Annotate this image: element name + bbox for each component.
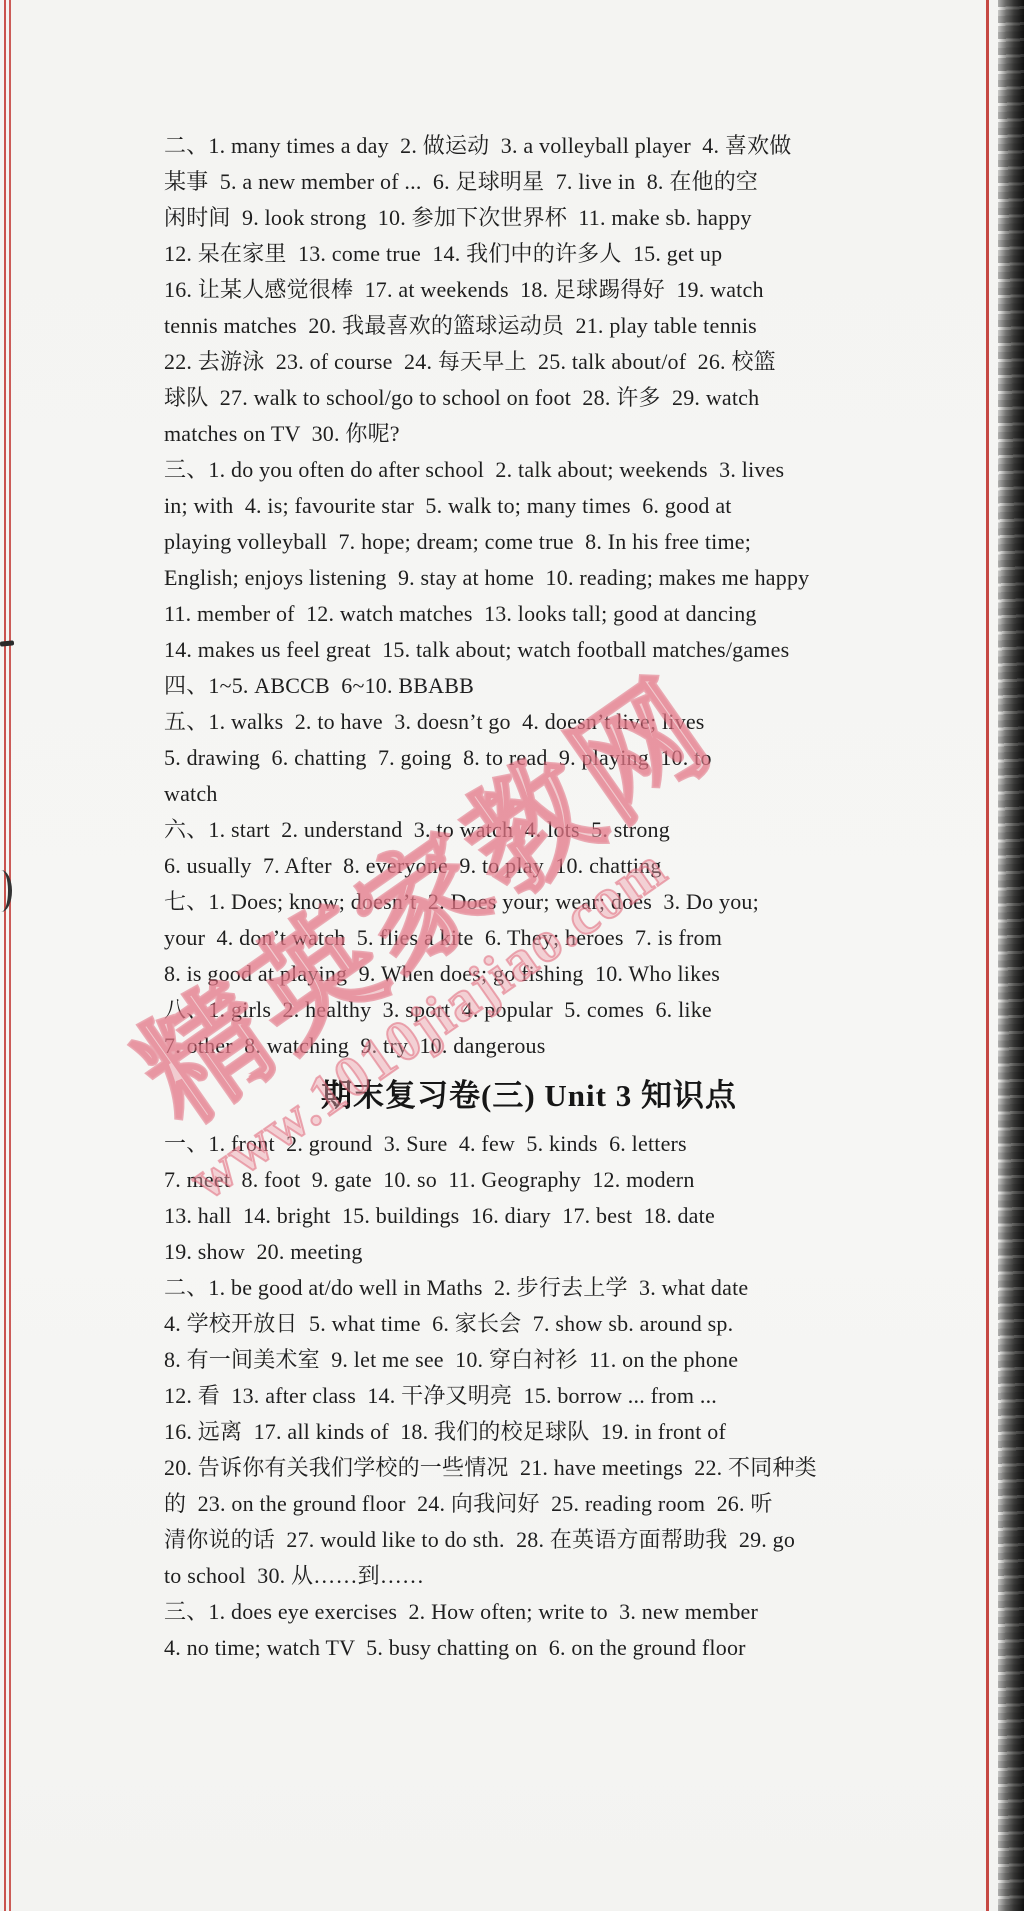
answer-line: 16. 远离 17. all kinds of 18. 我们的校足球队 19. … [164,1414,894,1450]
answer-line: to school 30. 从……到…… [164,1558,894,1594]
answer-paragraph: 四、1~5. ABCCB 6~10. BBABB [164,668,894,704]
answer-line: 8. 有一间美术室 9. let me see 10. 穿白衬衫 11. on … [164,1342,894,1378]
answer-text-column: 二、1. many times a day 2. 做运动 3. a volley… [164,128,894,1666]
answer-paragraph: 六、1. start 2. understand 3. to watch 4. … [164,812,894,884]
answer-line: 一、1. front 2. ground 3. Sure 4. few 5. k… [164,1126,894,1162]
answer-line: 8. is good at playing 9. When does; go f… [164,956,894,992]
answer-line: 二、1. many times a day 2. 做运动 3. a volley… [164,128,894,164]
answer-line: matches on TV 30. 你呢? [164,416,894,452]
answer-paragraph: 二、1. be good at/do well in Maths 2. 步行去上… [164,1270,894,1594]
answer-line: 闲时间 9. look strong 10. 参加下次世界杯 11. make … [164,200,894,236]
answer-line: 7. meet 8. foot 9. gate 10. so 11. Geogr… [164,1162,894,1198]
answer-line: 20. 告诉你有关我们学校的一些情况 21. have meetings 22.… [164,1450,894,1486]
answer-line: 13. hall 14. bright 15. buildings 16. di… [164,1198,894,1234]
answer-line: 12. 呆在家里 13. come true 14. 我们中的许多人 15. g… [164,236,894,272]
scanned-answer-page: 二、1. many times a day 2. 做运动 3. a volley… [0,0,1024,1911]
answer-line: 三、1. do you often do after school 2. tal… [164,452,894,488]
answer-paragraph: 三、1. does eye exercises 2. How often; wr… [164,1594,894,1666]
answer-line: 16. 让某人感觉很棒 17. at weekends 18. 足球踢得好 19… [164,272,894,308]
answer-line: 12. 看 13. after class 14. 干净又明亮 15. borr… [164,1378,894,1414]
answer-paragraph: 二、1. many times a day 2. 做运动 3. a volley… [164,128,894,452]
answer-line: 某事 5. a new member of ... 6. 足球明星 7. liv… [164,164,894,200]
answer-line: tennis matches 20. 我最喜欢的篮球运动员 21. play t… [164,308,894,344]
answer-line: playing volleyball 7. hope; dream; come … [164,524,894,560]
answer-line: 4. no time; watch TV 5. busy chatting on… [164,1630,894,1666]
section-heading: 期末复习卷(三) Unit 3 知识点 [164,1074,894,1118]
answer-line: 五、1. walks 2. to have 3. doesn’t go 4. d… [164,704,894,740]
answer-line: 4. 学校开放日 5. what time 6. 家长会 7. show sb.… [164,1306,894,1342]
ink-mark-dash [0,640,14,646]
answer-line: 19. show 20. meeting [164,1234,894,1270]
right-margin-line [986,0,989,1911]
answer-paragraph: 七、1. Does; know; doesn’t 2. Does your; w… [164,884,894,992]
answer-paragraph: 一、1. front 2. ground 3. Sure 4. few 5. k… [164,1126,894,1270]
answer-line: English; enjoys listening 9. stay at hom… [164,560,894,596]
answer-line: 11. member of 12. watch matches 13. look… [164,596,894,632]
answer-line: 7. other 8. watching 9. try 10. dangerou… [164,1028,894,1064]
answer-line: 球队 27. walk to school/go to school on fo… [164,380,894,416]
answer-line: 14. makes us feel great 15. talk about; … [164,632,894,668]
scanned-paper-edge [998,0,1024,1911]
answer-line: 5. drawing 6. chatting 7. going 8. to re… [164,740,894,776]
answer-line: your 4. don’t watch 5. flies a kite 6. T… [164,920,894,956]
answer-line: 七、1. Does; know; doesn’t 2. Does your; w… [164,884,894,920]
answer-line: 四、1~5. ABCCB 6~10. BBABB [164,668,894,704]
answer-line: 清你说的话 27. would like to do sth. 28. 在英语方… [164,1522,894,1558]
answer-line: 6. usually 7. After 8. everyone 9. to pl… [164,848,894,884]
answer-line: 六、1. start 2. understand 3. to watch 4. … [164,812,894,848]
answer-paragraph: 三、1. do you often do after school 2. tal… [164,452,894,668]
left-margin-line-inner [9,0,11,1911]
answer-line: watch [164,776,894,812]
left-margin-line-outer [4,0,6,1911]
answer-line: 的 23. on the ground floor 24. 向我问好 25. r… [164,1486,894,1522]
answer-line: 22. 去游泳 23. of course 24. 每天早上 25. talk … [164,344,894,380]
answer-line: in; with 4. is; favourite star 5. walk t… [164,488,894,524]
answer-paragraph: 八、1. girls 2. healthy 3. sport 4. popula… [164,992,894,1064]
answer-line: 八、1. girls 2. healthy 3. sport 4. popula… [164,992,894,1028]
answer-paragraph: 五、1. walks 2. to have 3. doesn’t go 4. d… [164,704,894,812]
answer-line: 二、1. be good at/do well in Maths 2. 步行去上… [164,1270,894,1306]
answer-line: 三、1. does eye exercises 2. How often; wr… [164,1594,894,1630]
